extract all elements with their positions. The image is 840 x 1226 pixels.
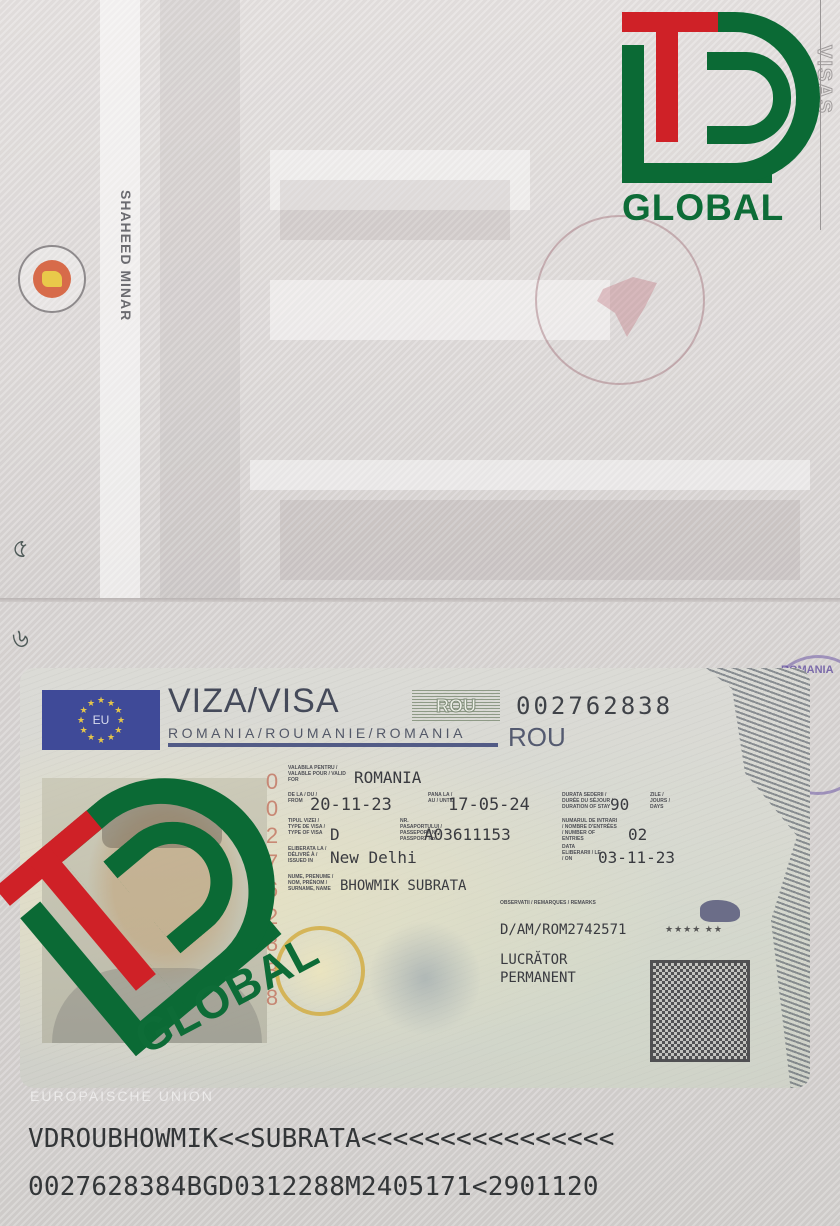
passport-number-value: A03611153 — [424, 825, 511, 844]
duration-value: 90 — [610, 795, 629, 814]
bangladesh-map-stamp-icon — [535, 215, 705, 385]
visa-type-value: D — [330, 825, 340, 844]
minar-base — [250, 460, 810, 490]
2d-barcode — [650, 960, 750, 1062]
coat-of-arms-hologram-icon — [370, 918, 480, 1038]
from-value: 20-11-23 — [310, 795, 392, 815]
mrz-line-2: 0027628384BGD0312288M2405171<2901120 — [28, 1172, 599, 1202]
brand-word: GLOBAL — [622, 187, 784, 229]
rhino-security-icon — [700, 900, 740, 922]
valid-for-value: ROMANIA — [354, 768, 421, 787]
tdg-global-logo-top: GLOBAL — [622, 12, 822, 227]
country-line: ROMANIA/ROUMANIE/ROMANIA — [168, 725, 466, 741]
bangladesh-emblem-icon — [18, 245, 86, 313]
page-number-bottom: ৬ — [12, 618, 29, 662]
minar-shadow — [160, 0, 240, 600]
country-microprint-bar — [168, 743, 498, 747]
remarks-label: OBSERVATII / REMARQUES / REMARKS — [500, 900, 610, 906]
rou-guilloche: ROU — [412, 690, 500, 722]
valid-for-label: VALABILA PENTRU / VALABLE POUR / VALID F… — [288, 765, 348, 783]
issuer-code: ROU — [508, 722, 566, 753]
visa-number: 002762838 — [516, 692, 673, 720]
issued-in-value: New Delhi — [330, 848, 417, 867]
until-value: 17-05-24 — [448, 795, 530, 815]
page-number-top: ৫ — [12, 528, 29, 572]
stars-mark: ★★★★ ★★ — [665, 924, 723, 935]
days-label: ZILE / JOURS / DAYS — [650, 792, 672, 810]
minar-shade — [280, 180, 510, 240]
visa-type-label: TIPUL VIZEI / TYPE DE VISA / TYPE OF VIS… — [288, 818, 328, 836]
entries-value: 02 — [628, 825, 647, 844]
reference-value: D/AM/ROM2742571 — [500, 922, 626, 938]
background-microtext: EUROPAISCHE UNION — [30, 1088, 214, 1104]
entries-label: NUMARUL DE INTRARI / NOMBRE D'ENTRÉES / … — [562, 818, 618, 842]
eu-flag-label: EU — [93, 713, 110, 727]
shaheed-minar-label: SHAHEED MINAR — [118, 190, 134, 321]
date-issued-label: DATA ELIBERARII / LE / ON — [562, 844, 602, 862]
date-issued-value: 03-11-23 — [598, 848, 675, 867]
visa-title: VIZA/VISA — [168, 682, 340, 721]
holder-name-value: BHOWMIK SUBRATA — [340, 878, 466, 894]
eu-flag-icon: ★★★★★★★★★★★★ EU — [42, 690, 160, 750]
category-line2: PERMANENT — [500, 970, 576, 986]
mrz-line-1: VDROUBHOWMIK<<SUBRATA<<<<<<<<<<<<<<<< — [28, 1124, 615, 1154]
category-line1: LUCRĂTOR — [500, 952, 567, 968]
minar-shade — [280, 500, 800, 580]
